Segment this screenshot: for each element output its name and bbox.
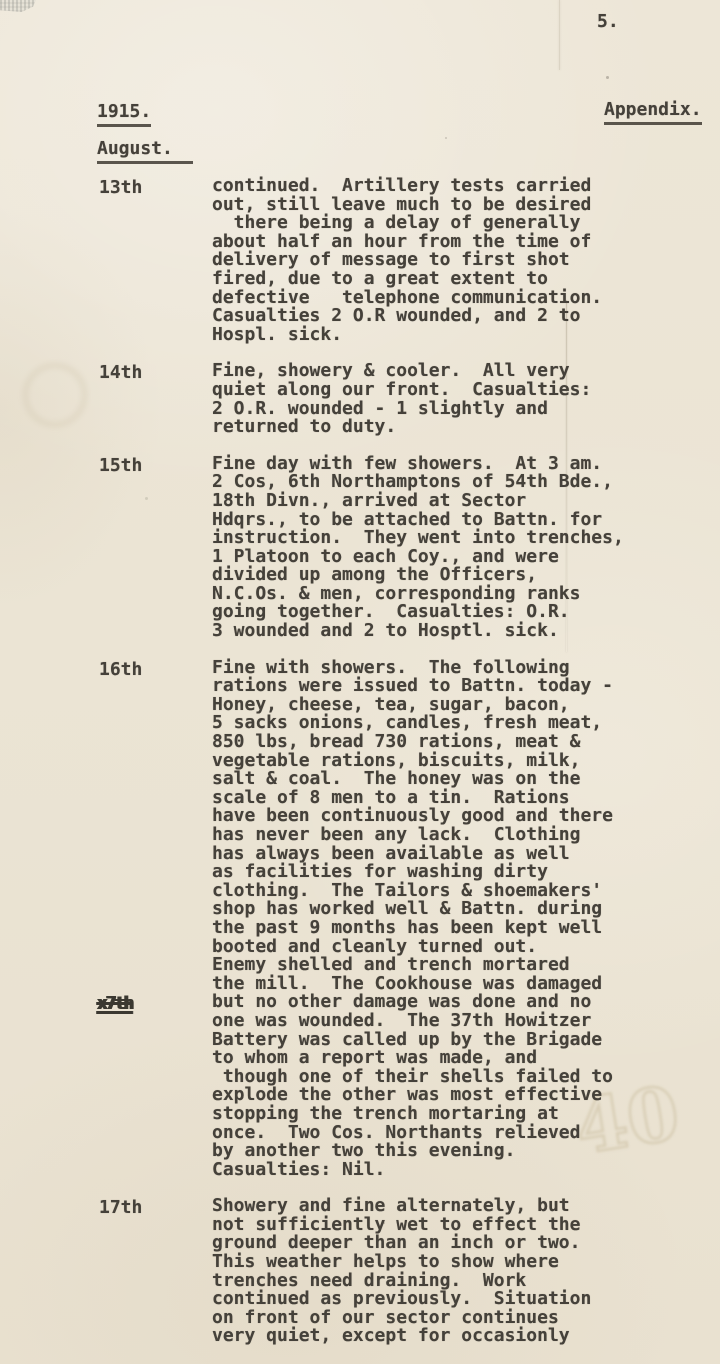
entry-date: 15th bbox=[99, 455, 142, 476]
entry-date: 13th bbox=[99, 177, 142, 198]
diary-entry-14th: 14thFine, showery & cooler. All veryquie… bbox=[97, 362, 720, 436]
fold-crease-top bbox=[559, 0, 560, 70]
entry-line: to whom a report was made, and bbox=[212, 1049, 720, 1068]
entry-line: there being a delay of generally bbox=[212, 214, 720, 233]
entry-line: continued. Artillery tests carried bbox=[212, 177, 720, 196]
entry-body: Fine day with few showers. At 3 am.2 Cos… bbox=[212, 455, 720, 641]
entry-line: This weather helps to show where bbox=[212, 1253, 720, 1272]
entry-line: 850 lbs, bread 730 rations, meat & bbox=[212, 733, 720, 752]
entry-line: Casualties: Nil. bbox=[212, 1161, 720, 1180]
entry-line: very quiet, except for occasionly bbox=[212, 1327, 720, 1346]
entry-line: the past 9 months has been kept well bbox=[212, 919, 720, 938]
entry-line: 18th Divn., arrived at Sector bbox=[212, 492, 720, 511]
entry-date: 16th bbox=[99, 659, 142, 680]
entry-line: Casualties 2 O.R wounded, and 2 to bbox=[212, 307, 720, 326]
entry-line: fired, due to a great extent to bbox=[212, 270, 720, 289]
diary-entry-15th: 15thFine day with few showers. At 3 am.2… bbox=[97, 455, 720, 641]
entry-line: 3 wounded and 2 to Hosptl. sick. bbox=[212, 622, 720, 641]
entry-body: Fine, showery & cooler. All veryquiet al… bbox=[212, 362, 720, 436]
entry-line: Enemy shelled and trench mortared bbox=[212, 956, 720, 975]
entry-line: quiet along our front. Casualties: bbox=[212, 381, 720, 400]
struck-out-margin-note: x7th bbox=[97, 993, 132, 1014]
entry-line: returned to duty. bbox=[212, 418, 720, 437]
entry-line: instruction. They went into trenches, bbox=[212, 529, 720, 548]
entry-body: Showery and fine alternately, butnot suf… bbox=[212, 1197, 720, 1346]
diary-entry-13th: 13thcontinued. Artillery tests carriedou… bbox=[97, 177, 720, 344]
entry-line: Hospl. sick. bbox=[212, 326, 720, 345]
entry-line: one was wounded. The 37th Howitzer bbox=[212, 1012, 720, 1031]
month-heading: August. bbox=[97, 138, 193, 164]
page-number: 5. bbox=[597, 11, 619, 32]
diary-entry-17th: 17thShowery and fine alternately, butnot… bbox=[97, 1197, 720, 1346]
entry-body: Fine with showers. The followingrations … bbox=[212, 659, 720, 1180]
diary-entries: 13thcontinued. Artillery tests carriedou… bbox=[0, 177, 720, 1364]
entry-line: stopping the trench mortaring at bbox=[212, 1105, 720, 1124]
entry-date: 17th bbox=[99, 1197, 142, 1218]
entry-line: as facilities for washing dirty bbox=[212, 863, 720, 882]
appendix-heading: Appendix. bbox=[604, 99, 702, 125]
diary-entry-16th: 16thFine with showers. The followingrati… bbox=[97, 659, 720, 1180]
ink-speck bbox=[445, 137, 447, 139]
entry-body: continued. Artillery tests carriedout, s… bbox=[212, 177, 720, 344]
year-heading: 1915. bbox=[97, 101, 151, 127]
entry-date: 14th bbox=[99, 362, 142, 383]
ink-speck bbox=[606, 76, 609, 79]
entry-line: has never been any lack. Clothing bbox=[212, 826, 720, 845]
entry-line: by another two this evening. bbox=[212, 1142, 720, 1161]
